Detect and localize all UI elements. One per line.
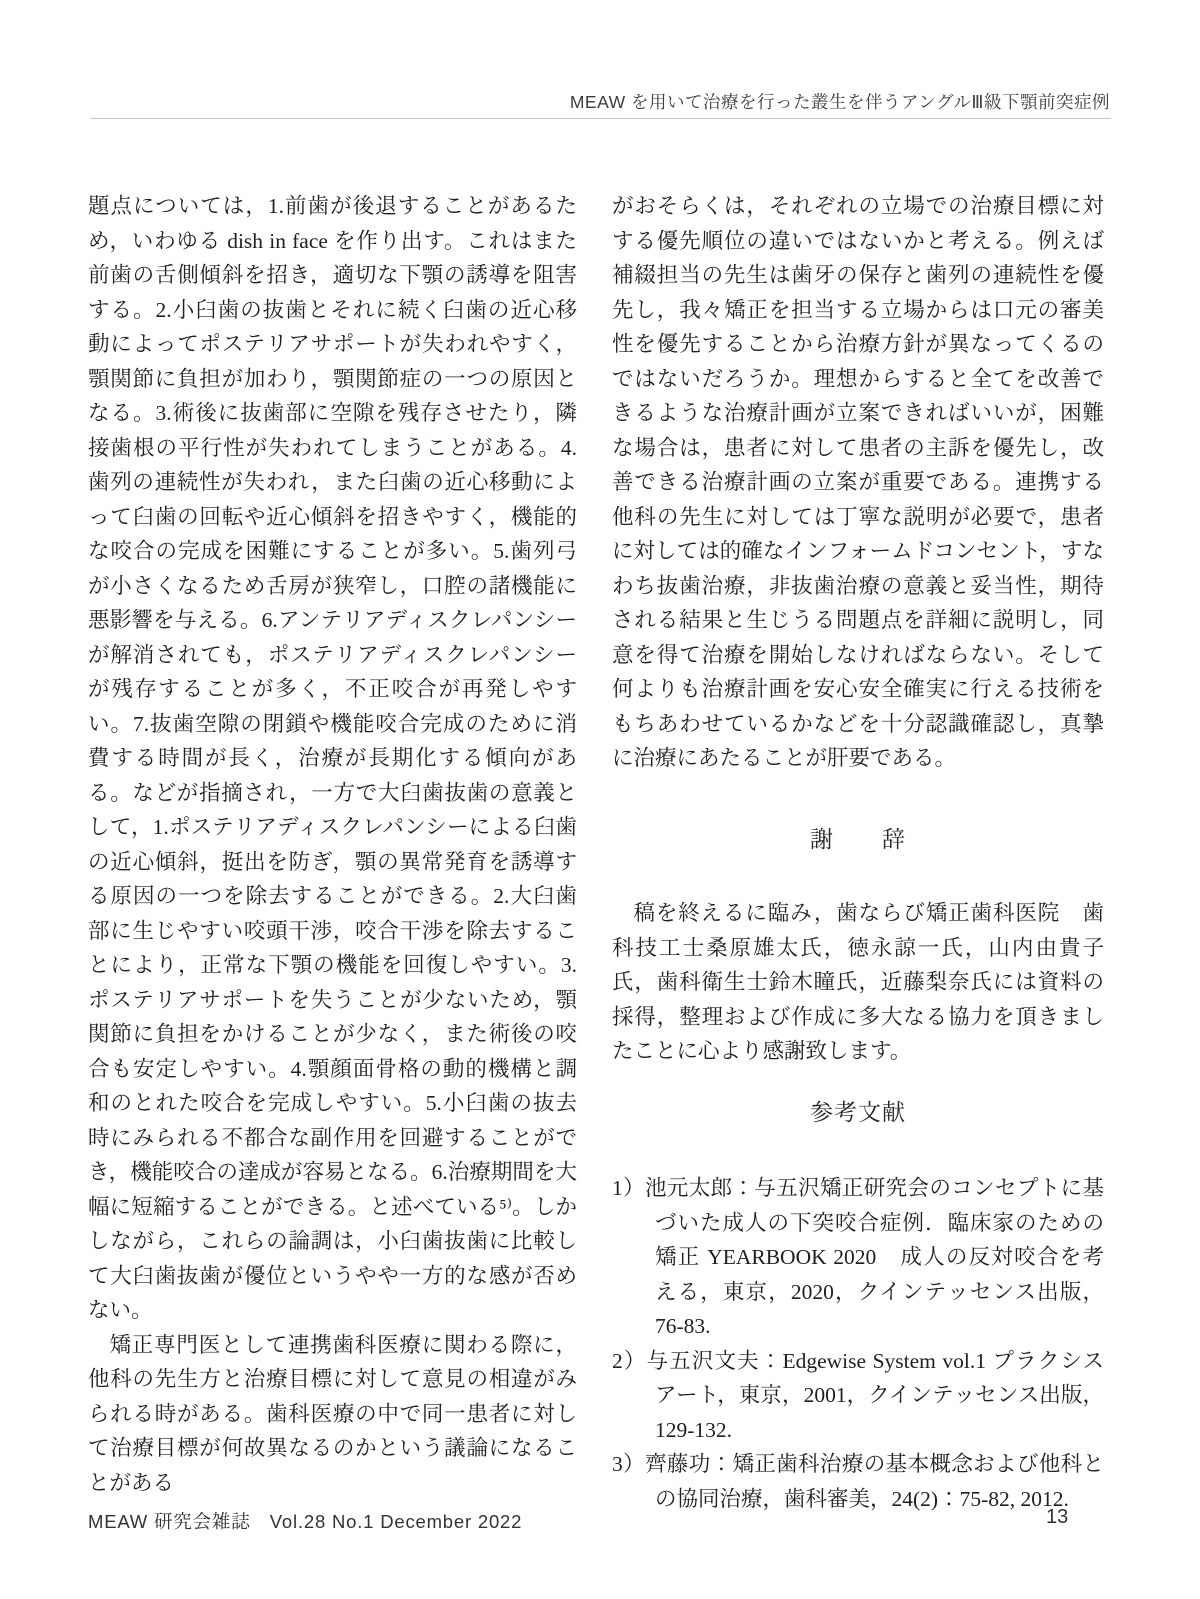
header-rule xyxy=(90,118,1111,119)
reference-number: 2） xyxy=(612,1349,647,1373)
running-head-title: MEAW を用いて治療を行った叢生を伴うアングルⅢ級下顎前突症例 xyxy=(570,89,1110,114)
reference-item: 1）池元太郎：与五沢矯正研究会のコンセプトに基づいた成人の下突咬合症例．臨床家の… xyxy=(612,1171,1104,1344)
body-paragraph-continuation: 題点については，1.前歯が後退することがあるため，いわゆる dish in fa… xyxy=(88,189,577,1328)
page-number: 13 xyxy=(1046,1506,1068,1529)
references-list: 1）池元太郎：与五沢矯正研究会のコンセプトに基づいた成人の下突咬合症例．臨床家の… xyxy=(612,1171,1104,1516)
reference-item: 3）齊藤功：矯正歯科治療の基本概念および他科との協同治療，歯科審美，24(2)：… xyxy=(612,1447,1104,1516)
right-column: がおそらくは，それぞれの立場での治療目標に対する優先順位の違いではないかと考える… xyxy=(612,189,1104,1516)
journal-page: MEAW を用いて治療を行った叢生を伴うアングルⅢ級下顎前突症例 題点については… xyxy=(0,0,1200,1599)
body-paragraph: 矯正専門医として連携歯科医療に関わる際に，他科の先生方と治療目標に対して意見の相… xyxy=(88,1328,577,1501)
body-paragraph-continuation: がおそらくは，それぞれの立場での治療目標に対する優先順位の違いではないかと考える… xyxy=(612,189,1104,776)
reference-number: 3） xyxy=(612,1452,645,1476)
reference-item: 2）与五沢文夫：Edgewise System vol.1 プラクシスアート，東… xyxy=(612,1344,1104,1448)
reference-number: 1） xyxy=(612,1176,645,1200)
reference-text: 与五沢文夫：Edgewise System vol.1 プラクシスアート，東京，… xyxy=(647,1349,1104,1442)
left-column: 題点については，1.前歯が後退することがあるため，いわゆる dish in fa… xyxy=(88,189,577,1500)
references-heading: 参考文献 xyxy=(612,1095,1104,1130)
reference-text: 齊藤功：矯正歯科治療の基本概念および他科との協同治療，歯科審美，24(2)：75… xyxy=(645,1452,1104,1511)
journal-info: MEAW 研究会雑誌 Vol.28 No.1 December 2022 xyxy=(88,1508,522,1534)
acknowledgments-paragraph: 稿を終えるに臨み，歯ならび矯正歯科医院 歯科技工士桑原雄太氏，徳永諒一氏，山内由… xyxy=(612,896,1104,1069)
reference-text: 池元太郎：与五沢矯正研究会のコンセプトに基づいた成人の下突咬合症例．臨床家のため… xyxy=(645,1176,1104,1338)
acknowledgments-heading: 謝 辞 xyxy=(612,822,1104,857)
